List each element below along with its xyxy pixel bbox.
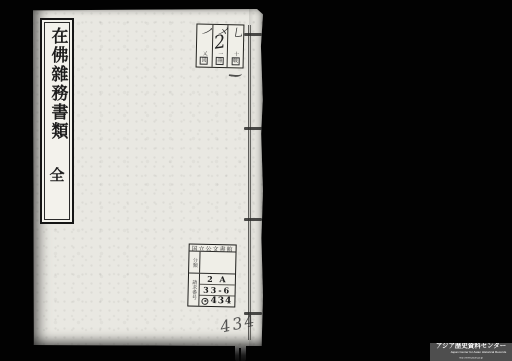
- call-number-line-2: 33-6: [200, 284, 235, 296]
- owner-label-column: 乂 図: [197, 25, 213, 67]
- call-number-434: 434: [210, 296, 232, 306]
- spacer: [204, 25, 205, 51]
- classification-row: 分類: [189, 251, 235, 274]
- watermark-english-text: Japan Center for Asian Historical Record…: [451, 351, 492, 354]
- call-number-value: 2 A 33-6 434: [199, 274, 235, 307]
- archive-stamp-body: 分類 請求番号 2 A 33-6 434: [188, 251, 235, 306]
- book-cover: 在佛雜務書類 全 乂 図 一 冊 十 戰 ノ メ 乚: [33, 9, 263, 346]
- illegible-stamp-box: 冊: [216, 57, 224, 65]
- call-number-field: 請求番号: [188, 273, 200, 305]
- spacer: [220, 25, 221, 51]
- classification-label: 分類: [192, 257, 197, 267]
- binding-thread: [248, 25, 251, 340]
- archive-stamp: 国立公文書館 分類 請求番号 2 A 33-6: [187, 243, 236, 307]
- binding-stitch: [244, 127, 262, 130]
- watermark-japanese-text: アジア歴史資料センター: [433, 343, 508, 350]
- owner-label-column: 一 冊: [211, 25, 228, 67]
- classification-value: [200, 252, 235, 274]
- illegible-stamp-box: 図: [200, 57, 208, 65]
- title-slip: 在佛雜務書類 全: [40, 18, 74, 224]
- spacer: [236, 25, 237, 51]
- owner-label-column: 十 戰: [227, 25, 244, 67]
- scanned-book-photo: 在佛雜務書類 全 乂 図 一 冊 十 戰 ノ メ 乚: [0, 0, 512, 361]
- page-edge: [249, 9, 263, 346]
- jacar-watermark: アジア歴史資料センター Japan Center for Asian Histo…: [430, 343, 512, 361]
- illegible-footer-text: 乂: [202, 51, 207, 56]
- illegible-stamp-box: 戰: [231, 57, 239, 65]
- watermark-url-text: http://www.jacar.go.jp: [454, 357, 488, 360]
- call-number-label: 請求番号: [191, 280, 196, 300]
- binding-stitch: [244, 33, 262, 36]
- handwritten-tick: [229, 69, 243, 78]
- book-title: 在佛雜務書類: [49, 27, 66, 141]
- volume-mark: 全: [45, 164, 69, 185]
- owner-label: 乂 図 一 冊 十 戰 ノ メ 乚 2: [196, 24, 245, 69]
- circled-stamp-icon: [201, 297, 208, 304]
- binding-stitch: [244, 218, 262, 221]
- call-number-line-3: 434: [199, 295, 234, 307]
- call-number-row: 請求番号 2 A 33-6 434: [188, 273, 235, 306]
- illegible-footer-text: 一: [217, 51, 222, 56]
- title-slip-inner-border: 在佛雜務書類 全: [44, 22, 70, 220]
- classification-field: 分類: [189, 251, 200, 272]
- illegible-footer-text: 十: [233, 51, 238, 56]
